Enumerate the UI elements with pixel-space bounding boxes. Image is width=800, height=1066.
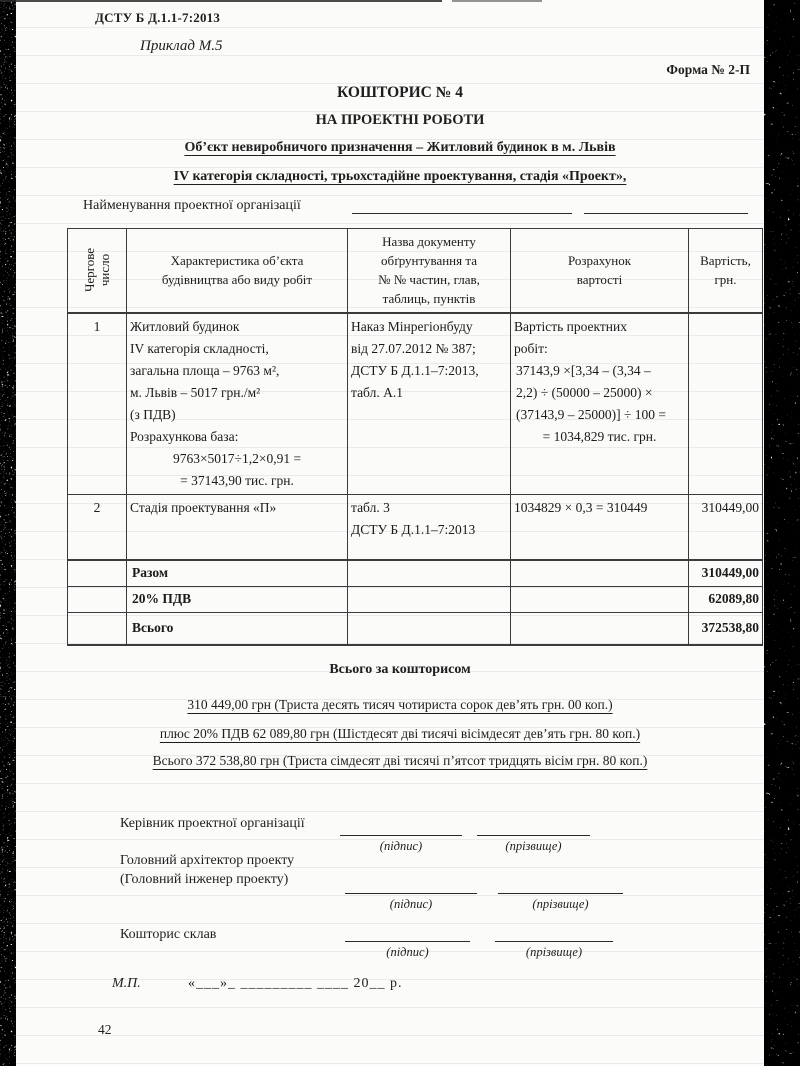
scan-noise-right-edge [764,0,800,1066]
page-number: 42 [98,1022,112,1038]
summary-line-grand-total: Всього 372 538,80 грн (Триста сімдесят д… [70,753,730,769]
vat-empty-calculation [511,586,689,612]
signature-caption-name-3: (прізвище) [495,945,613,960]
table-row-1: 1 Житловий будинок IV категорія складнос… [68,313,763,495]
row1-ordinal: 1 [68,313,127,495]
table-header-row: Чергове число Характеристика об’єкта буд… [68,229,763,313]
vat-empty-ordinal [68,586,127,612]
row1-calculation-result: = 1034,829 тис. грн. [514,426,685,448]
scanned-estimate-page: ДСТУ Б Д.1.1-7:2013 Приклад М.5 Форма № … [0,0,800,1066]
object-description-line1: Об’єкт невиробничого призначення – Житло… [70,140,730,156]
row1-characteristic-formula: 9763×5017÷1,2×0,91 = = 37143,90 тис. грн… [130,448,344,492]
header-cell-ordinal: Чергове число [68,229,127,313]
scan-top-edge-line-fragment [452,0,542,2]
form-number-label: Форма № 2-П [666,62,750,78]
vat-empty-document [348,586,511,612]
estimate-table: Чергове число Характеристика об’єкта буд… [67,228,763,646]
signature-caption-name: (прізвище) [477,839,590,854]
object-description-line2: IV категорія складності, трьохстадійне п… [70,169,730,185]
date-blank-line: «___»_ _________ ____ 20__ р. [188,976,403,992]
grand-total-empty-calculation [511,612,689,645]
header-cell-calculation: Розрахунок вартості [511,229,689,313]
grand-total-value: 372538,80 [689,612,763,645]
totals-row-vat: 20% ПДВ 62089,80 [68,586,763,612]
signature-label-director: Керівник проектної організації [120,814,305,833]
grand-total-label: Всього [127,612,348,645]
organization-name-blank-1 [352,213,572,214]
estimate-subtitle: НА ПРОЕКТНІ РОБОТИ [70,112,730,129]
table-row-2: 2 Стадія проектування «П» табл. 3 ДСТУ Б… [68,494,763,560]
row1-calculation-formula: 37143,9 ×[3,34 – (3,34 – 2,2) ÷ (50000 –… [514,360,685,426]
vat-value: 62089,80 [689,586,763,612]
row1-calculation-intro: Вартість проектних робіт: [514,316,685,360]
totals-row-grand-total: Всього 372538,80 [68,612,763,645]
signature-blank-architect-sign [345,893,477,894]
header-cell-cost: Вартість, грн. [689,229,763,313]
signature-caption-sign-3: (підпис) [345,945,470,960]
row1-calculation: Вартість проектних робіт: 37143,9 ×[3,34… [511,313,689,495]
example-label: Приклад М.5 [140,38,222,55]
scan-top-edge-line [0,0,442,2]
grand-total-empty-ordinal [68,612,127,645]
signature-caption-sign: (підпис) [340,839,462,854]
row1-characteristic: Житловий будинок IV категорія складності… [127,313,348,495]
row1-characteristic-text: Житловий будинок IV категорія складності… [130,316,344,448]
signature-blank-estimator-name [495,941,613,942]
subtotal-value: 310449,00 [689,560,763,586]
signature-caption-name-2: (прізвище) [498,897,623,912]
grand-total-empty-document [348,612,511,645]
signature-blank-architect-name [498,893,623,894]
subtotal-empty-document [348,560,511,586]
signature-blank-estimator-sign [345,941,470,942]
stamp-place-label: М.П. [112,976,141,992]
header-cell-document: Назва документу обґрунтування та № № час… [348,229,511,313]
signature-caption-sign-2: (підпис) [345,897,477,912]
summary-title: Всього за кошторисом [70,662,730,678]
signature-label-estimator: Кошторис склав [120,925,216,944]
subtotal-empty-ordinal [68,560,127,586]
row1-cost [689,313,763,495]
signature-label-chief-architect: Головний архітектор проекту [120,851,294,870]
organization-name-blank-2 [584,213,748,214]
subtotal-empty-calculation [511,560,689,586]
doc-standard-code: ДСТУ Б Д.1.1-7:2013 [95,10,220,26]
scan-noise-left-edge [0,0,16,1066]
vat-label: 20% ПДВ [127,586,348,612]
subtotal-label: Разом [127,560,348,586]
estimate-title: КОШТОРИС № 4 [70,84,730,102]
row2-ordinal: 2 [68,494,127,560]
row2-cost: 310449,00 [689,494,763,560]
summary-line-subtotal: 310 449,00 грн (Триста десять тисяч чоти… [70,697,730,713]
row2-document: табл. 3 ДСТУ Б Д.1.1–7:2013 [348,494,511,560]
row2-characteristic: Стадія проектування «П» [127,494,348,560]
row1-document: Наказ Мінрегіонбуду від 27.07.2012 № 387… [348,313,511,495]
totals-row-subtotal: Разом 310449,00 [68,560,763,586]
signature-label-chief-engineer: (Головний інженер проекту) [120,870,288,889]
summary-line-vat: плюс 20% ПДВ 62 089,80 грн (Шістдесят дв… [70,726,730,742]
row2-calculation: 1034829 × 0,3 = 310449 [511,494,689,560]
signature-blank-director-name [477,835,590,836]
organization-name-label: Найменування проектної організації [83,198,301,214]
signature-blank-director-sign [340,835,462,836]
header-cell-characteristic: Характеристика об’єкта будівництва або в… [127,229,348,313]
